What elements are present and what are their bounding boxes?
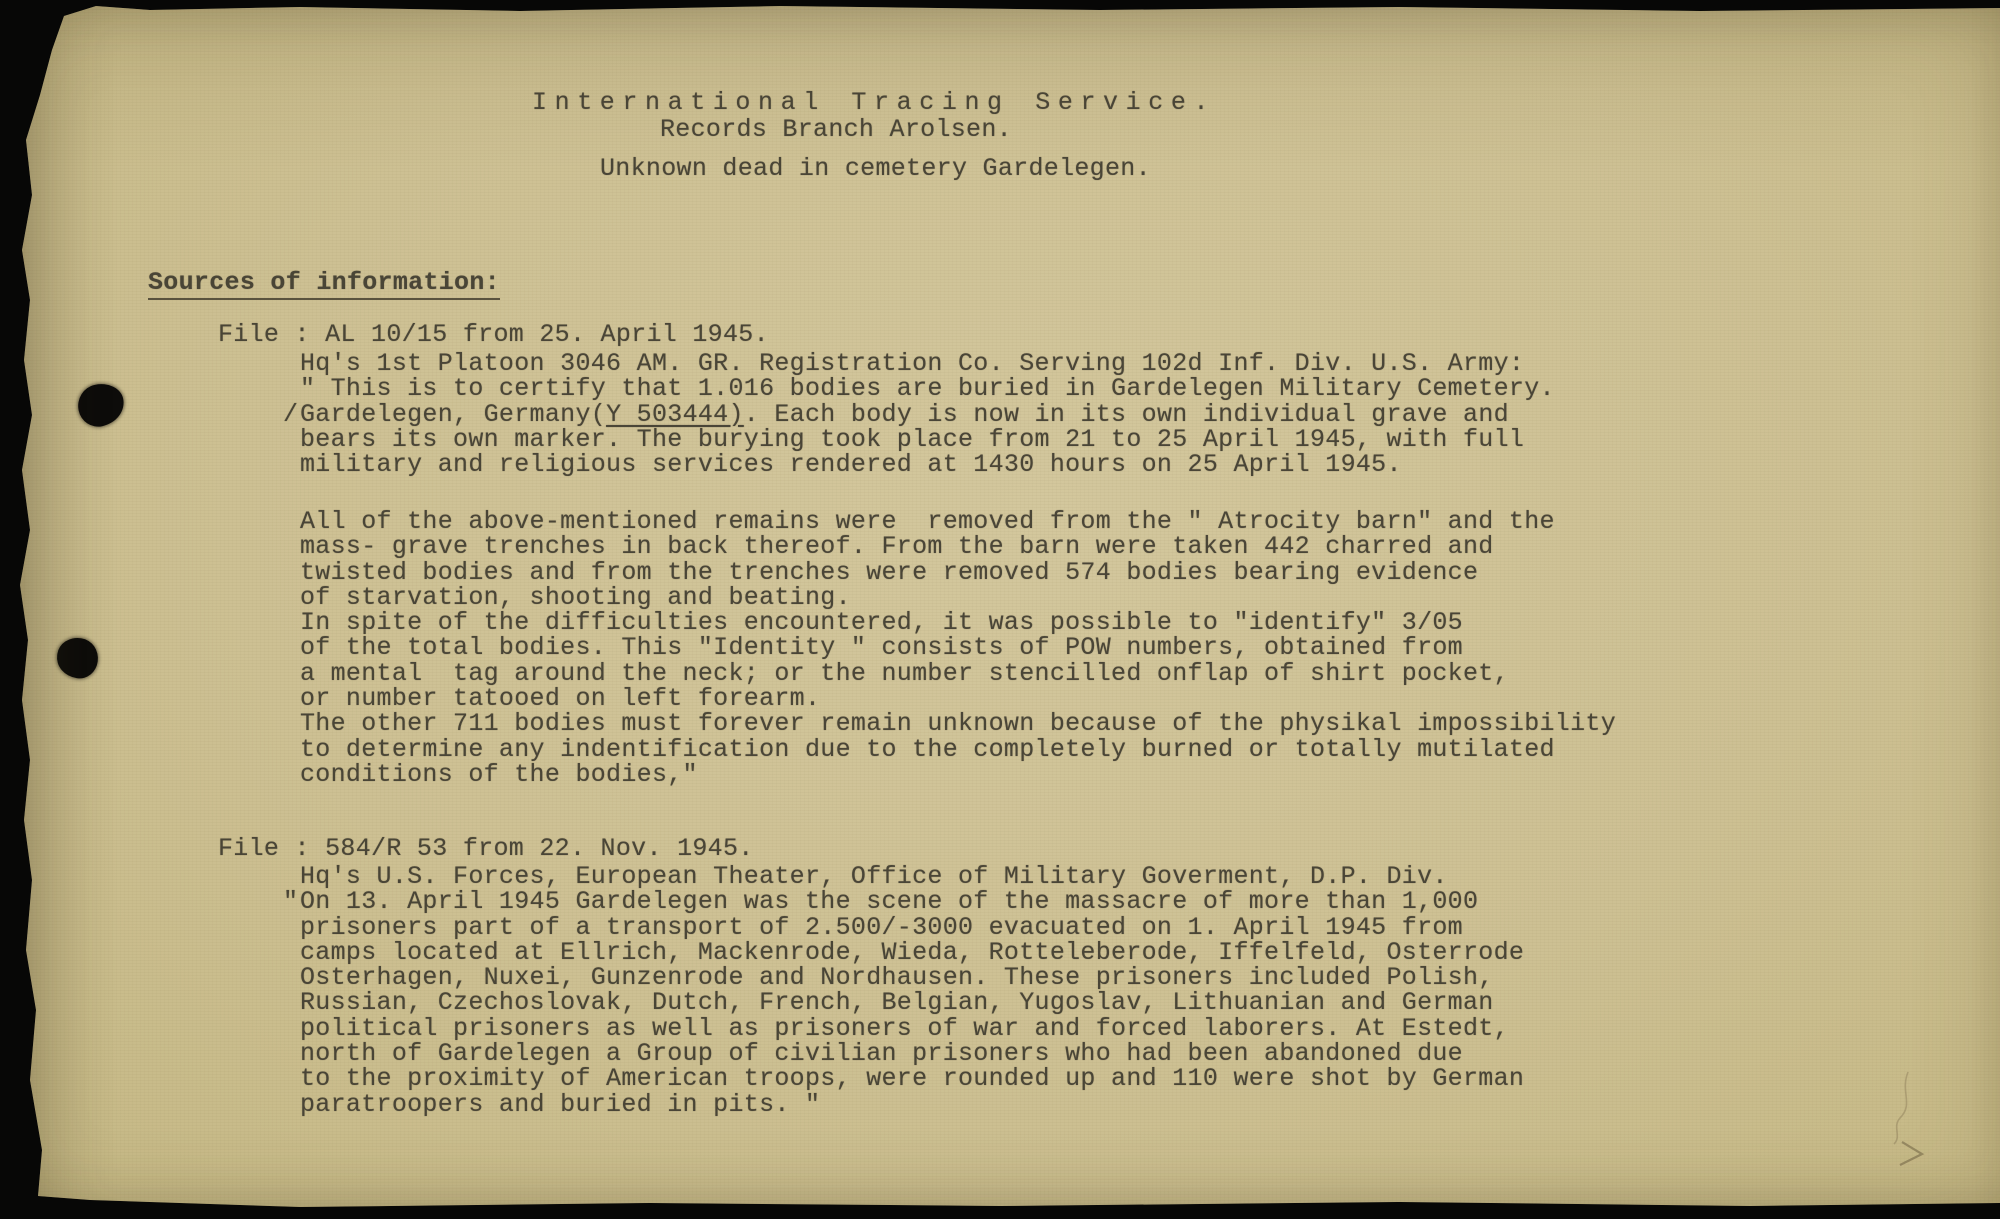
text-line: /Gardelegen, Germany(Y 503444). Each bod… — [300, 402, 1555, 427]
text-line: military and religious services rendered… — [300, 452, 1555, 477]
text-line: Hq's U.S. Forces, European Theater, Offi… — [300, 864, 1524, 889]
sources-heading: Sources of information: — [148, 270, 500, 300]
text-line: conditions of the bodies," — [300, 762, 1616, 787]
file2-label: File : 584/R 53 from 22. Nov. 1945. — [218, 836, 754, 861]
margin-mark: / — [283, 402, 298, 427]
text-line: to the proximity of American troops, wer… — [300, 1066, 1524, 1091]
text-line: Osterhagen, Nuxei, Gunzenrode and Nordha… — [300, 965, 1524, 990]
text-line: camps located at Ellrich, Mackenrode, Wi… — [300, 940, 1524, 965]
text-line: north of Gardelegen a Group of civilian … — [300, 1041, 1524, 1066]
text-line: paratroopers and buried in pits. " — [300, 1092, 1524, 1117]
text-line: a mental tag around the neck; or the num… — [300, 661, 1616, 686]
text-line: " This is to certify that 1.016 bodies a… — [300, 376, 1555, 401]
text-line: prisoners part of a transport of 2.500/-… — [300, 915, 1524, 940]
file1-paragraph-1: Hq's 1st Platoon 3046 AM. GR. Registrati… — [300, 351, 1555, 477]
pencil-check-mark — [1900, 1142, 1922, 1165]
crease-line — [1894, 1072, 1908, 1144]
text-line: twisted bodies and from the trenches wer… — [300, 560, 1616, 585]
text-line: Hq's 1st Platoon 3046 AM. GR. Registrati… — [300, 351, 1555, 376]
punch-hole-top — [74, 380, 128, 431]
text-line: mass- grave trenches in back thereof. Fr… — [300, 534, 1616, 559]
document-subject: Unknown dead in cemetery Gardelegen. — [600, 156, 1151, 181]
pencil-marks — [1830, 1070, 1990, 1190]
text-line: Russian, Czechoslovak, Dutch, French, Be… — [300, 990, 1524, 1015]
margin-mark: " — [283, 889, 298, 914]
text-line: of the total bodies. This "Identity " co… — [300, 635, 1616, 660]
text-line: or number tatooed on left forearm. — [300, 686, 1616, 711]
file2-paragraph: Hq's U.S. Forces, European Theater, Offi… — [300, 864, 1524, 1117]
org-title: International Tracing Service. — [532, 90, 1216, 115]
text-line: The other 711 bodies must forever remain… — [300, 711, 1616, 736]
text-line: of starvation, shooting and beating. — [300, 585, 1616, 610]
text-line: "On 13. April 1945 Gardelegen was the sc… — [300, 889, 1524, 914]
text-line: All of the above-mentioned remains were … — [300, 509, 1616, 534]
text-line: to determine any indentification due to … — [300, 737, 1616, 762]
text-line: In spite of the difficulties encountered… — [300, 610, 1616, 635]
file1-paragraph-2: All of the above-mentioned remains were … — [300, 509, 1616, 787]
org-subtitle: Records Branch Arolsen. — [660, 117, 1012, 142]
punch-hole-bottom — [54, 635, 100, 680]
text-line: bears its own marker. The burying took p… — [300, 427, 1555, 452]
file1-label: File : AL 10/15 from 25. April 1945. — [218, 322, 769, 347]
document-page: International Tracing Service. Records B… — [0, 0, 2000, 1219]
text-line: political prisoners as well as prisoners… — [300, 1016, 1524, 1041]
